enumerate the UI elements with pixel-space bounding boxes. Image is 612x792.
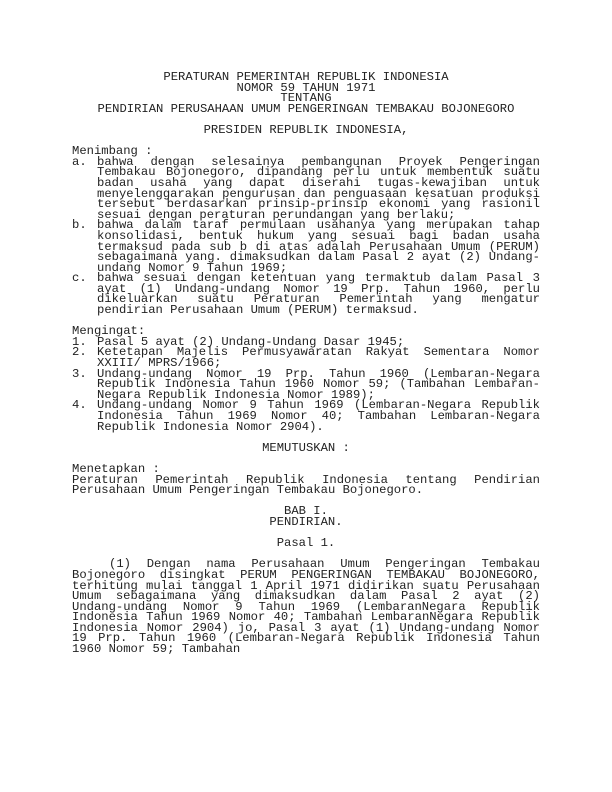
document-page: PERATURAN PEMERINTAH REPUBLIK INDONESIA … [72,72,540,655]
memutuskan-heading: MEMUTUSKAN : [72,443,540,454]
menetapkan-text: Peraturan Pemerintah Republik Indonesia … [72,475,540,496]
mengingat-item: 4. Undang-undang Nomor 9 Tahun 1969 (Lem… [72,400,540,432]
president-line: PRESIDEN REPUBLIK INDONESIA, [72,125,540,136]
mengingat-item: 2. Ketetapan Majelis Permusyawaratan Rak… [72,347,540,368]
menimbang-item: b. bahwa dalam taraf permulaan usahanya … [72,220,540,273]
bab-title: PENDIRIAN. [72,517,540,528]
mengingat-section: Mengingat: 1. Pasal 5 ayat (2) Undang-Un… [72,326,540,432]
pasal-title: Pasal 1. [72,538,540,549]
menimbang-section: Menimbang : a. bahwa dengan selesainya p… [72,146,540,316]
menetapkan-section: Menetapkan : Peraturan Pemerintah Republ… [72,464,540,496]
pasal-paragraph: (1) Dengan nama Perusahaan Umum Pengerin… [72,559,540,654]
mengingat-item: 3. Undang-undang Nomor 19 Prp. Tahun 196… [72,369,540,401]
title-subject: PENDIRIAN PERUSAHAAN UMUM PENGERINGAN TE… [72,104,540,115]
menimbang-item: a. bahwa dengan selesainya pembangunan P… [72,157,540,221]
document-title: PERATURAN PEMERINTAH REPUBLIK INDONESIA … [72,72,540,114]
menimbang-item: c. bahwa sesuai dengan ketentuan yang te… [72,273,540,315]
